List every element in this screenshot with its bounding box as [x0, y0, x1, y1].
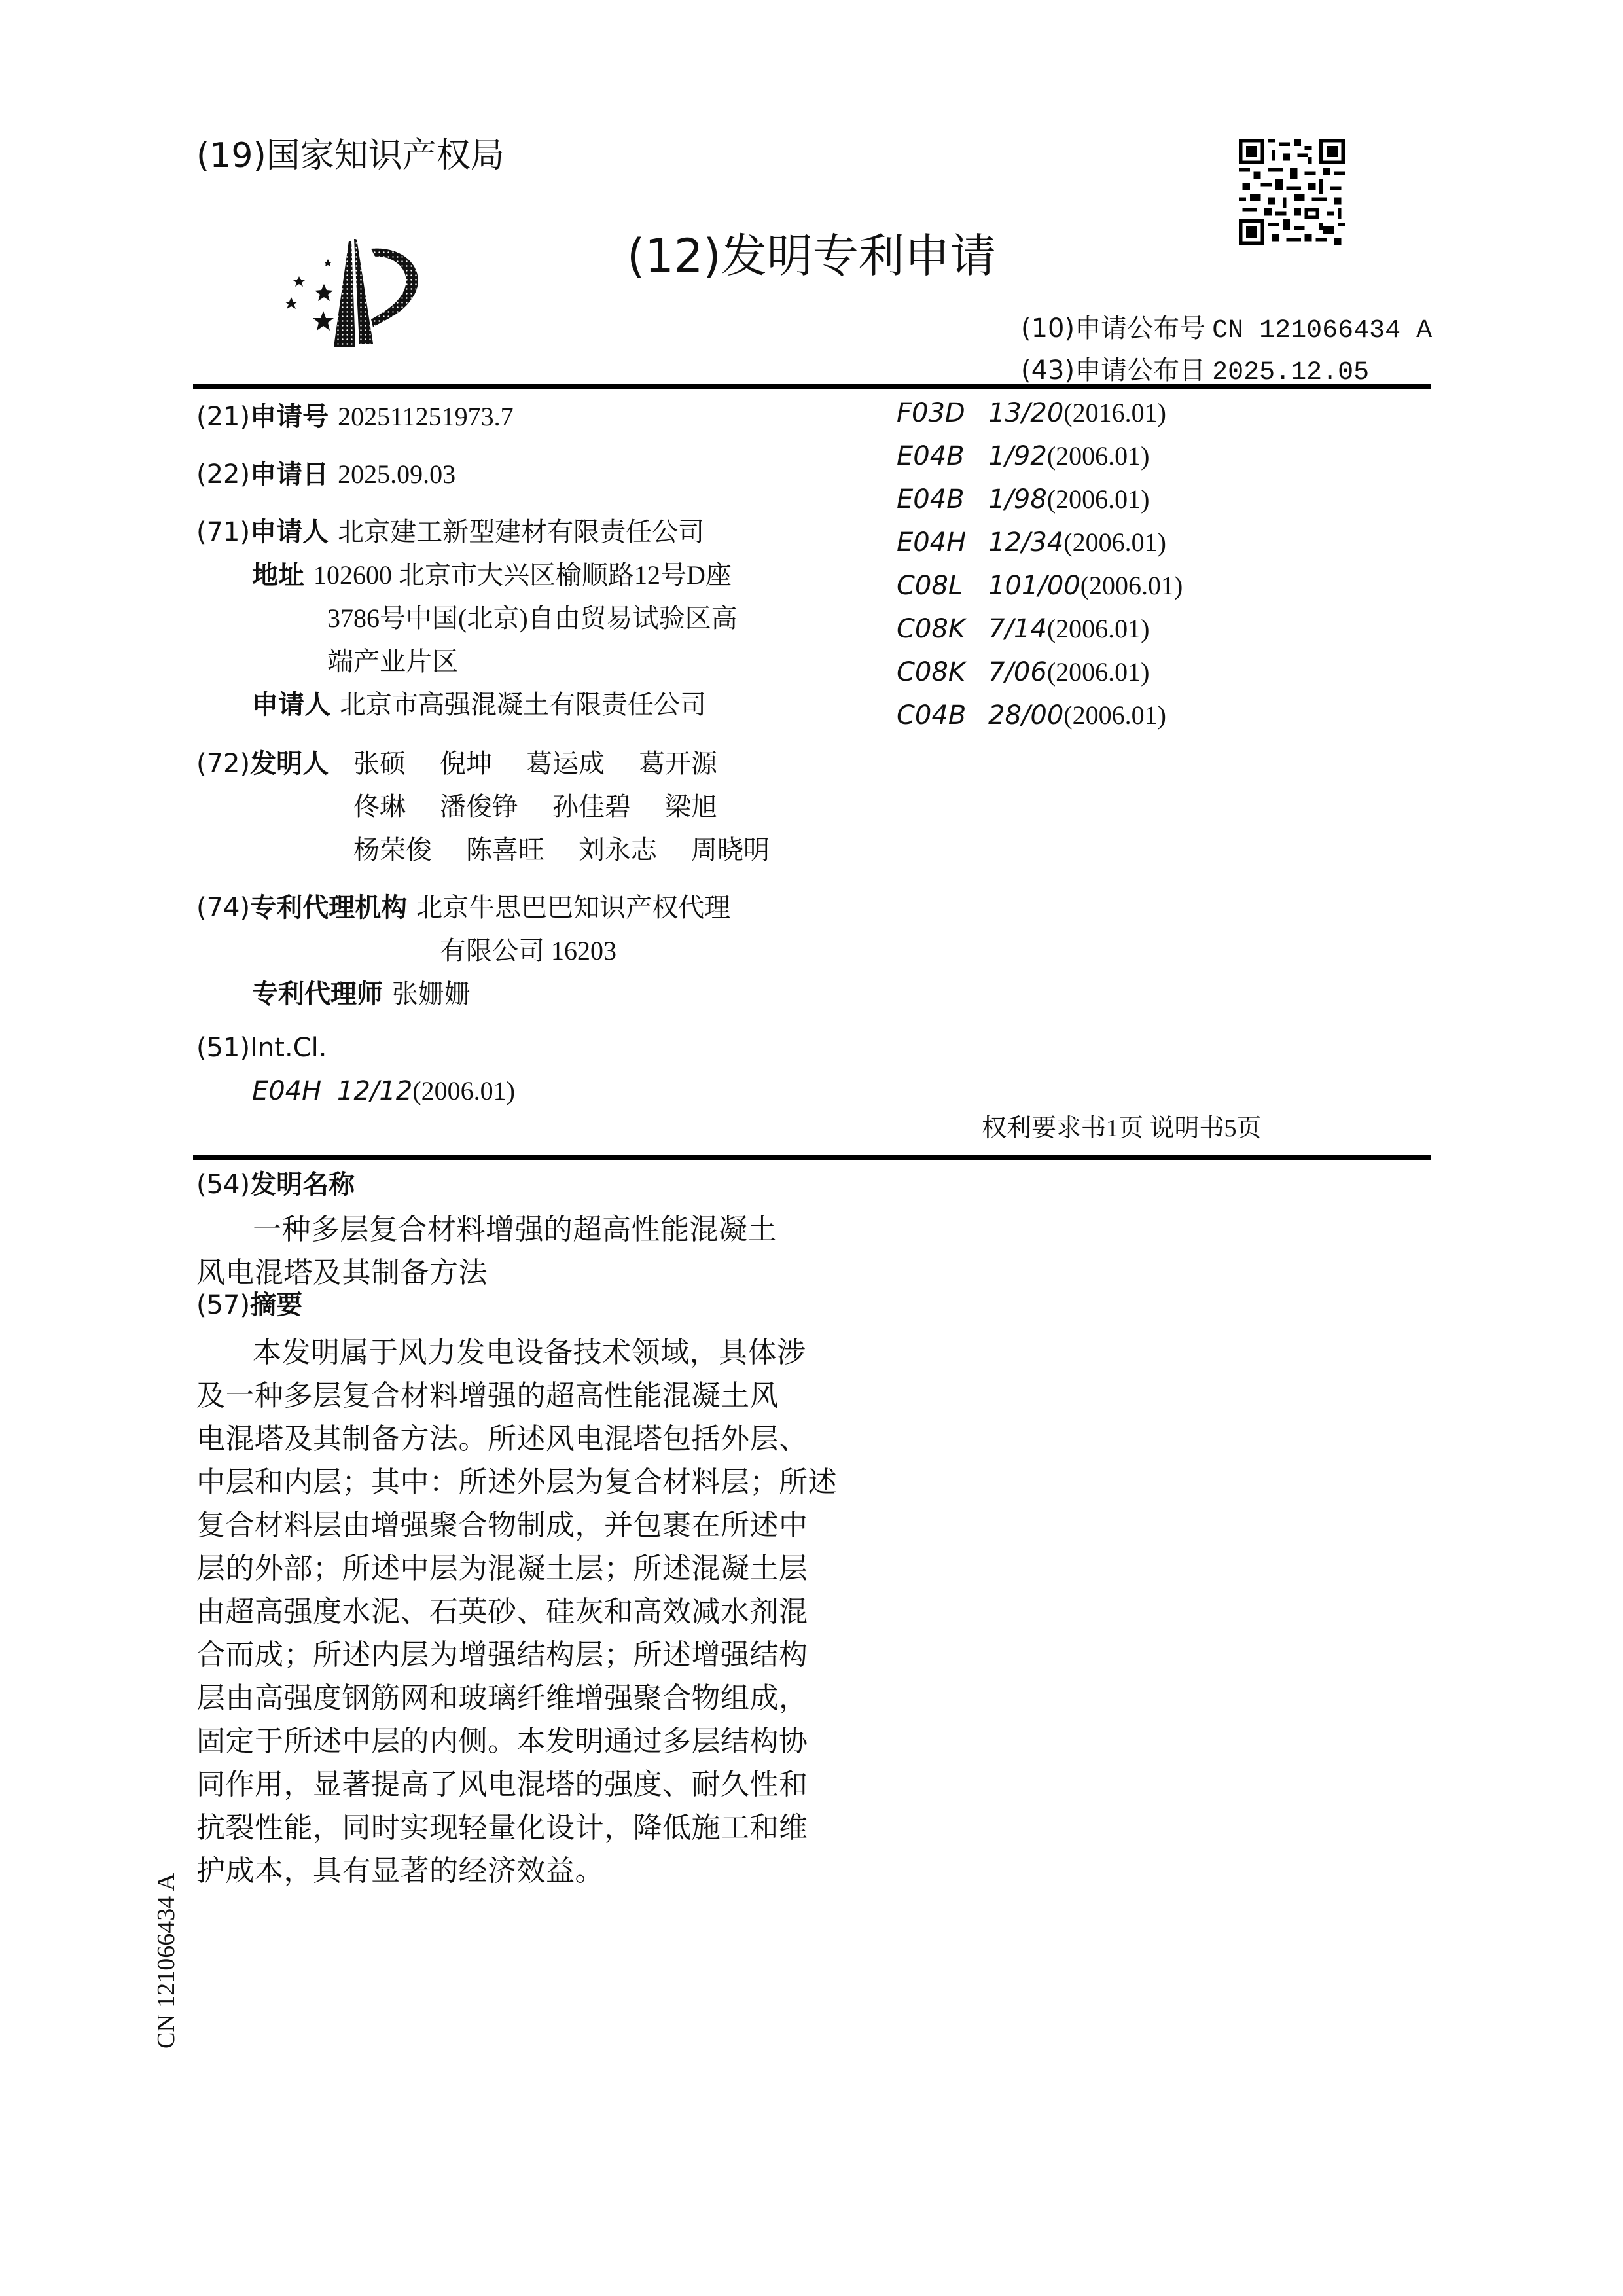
ipc-version: (2016.01)	[1063, 398, 1166, 427]
bottom-divider	[193, 1155, 1431, 1160]
abstract-heading: (57)摘要	[196, 1284, 302, 1321]
doc-type: 发明专利申请	[721, 229, 996, 283]
int-cl-row: (51)Int.Cl.	[196, 1032, 327, 1063]
field-code: (57)	[196, 1290, 250, 1320]
inventor-name: 佟琳	[353, 792, 406, 821]
ipc-group: 7/14	[988, 614, 1047, 644]
title-heading: (54)发明名称	[196, 1164, 355, 1201]
ipc-class: E04B	[897, 484, 988, 514]
ipc-primary: E04H12/12(2006.01)	[252, 1075, 515, 1106]
field-code: (74)	[196, 893, 250, 923]
ipc-secondary-item: C08L101/00(2006.01)	[897, 570, 1183, 601]
ipc-group: 12/34	[988, 528, 1063, 558]
inventor-name: 葛运成	[526, 749, 605, 778]
application-number-row: (21)申请号202511251973.7	[196, 396, 514, 433]
agent-row: 专利代理师张姗姗	[252, 973, 471, 1011]
ipc-secondary-item: C04B28/00(2006.01)	[897, 700, 1166, 730]
abstract-line: 中层和内层；其中：所述外层为复合材料层；所述	[196, 1458, 837, 1500]
applicant-row: (71)申请人北京建工新型建材有限责任公司	[196, 511, 704, 548]
publication-date-label: 申请公布日	[1075, 355, 1205, 386]
abstract-line: 抗裂性能，同时实现轻量化设计，降低施工和维	[196, 1804, 808, 1846]
agency-line-1: 北京牛思巴巴知识产权代理	[416, 893, 730, 922]
field-code: (71)	[196, 517, 250, 547]
field-label: 地址	[252, 560, 304, 590]
address-row: 地址102600 北京市大兴区榆顺路12号D座	[252, 554, 732, 592]
abstract-line: 层由高强度钢筋网和玻璃纤维增强聚合物组成，	[196, 1674, 808, 1716]
ipc-version: (2006.01)	[1047, 441, 1150, 471]
ipc-group: 101/00	[988, 571, 1080, 601]
agency-row: (74)专利代理机构北京牛思巴巴知识产权代理	[196, 887, 730, 924]
ipc-version: (2006.01)	[1063, 528, 1166, 557]
field-code: (72)	[196, 749, 250, 779]
ipc-class: C08K	[897, 657, 988, 687]
ipc-version: (2006.01)	[1063, 700, 1166, 730]
ipc-class: E04H	[252, 1076, 337, 1106]
ipc-group: 13/20	[988, 398, 1063, 428]
inventor-line-1: 张硕倪坤葛运成葛开源	[353, 743, 717, 780]
office-name: 国家知识产权局	[266, 136, 505, 175]
field-label: 发明人	[250, 749, 329, 779]
field-label: 申请人	[252, 690, 330, 720]
ipc-class: F03D	[897, 398, 988, 428]
page-counts: 权利要求书1页 说明书5页	[982, 1107, 1262, 1143]
address-line-3: 端产业片区	[327, 641, 458, 678]
top-divider	[193, 384, 1431, 389]
inventor-name: 倪坤	[440, 749, 492, 778]
inventor-name: 葛开源	[639, 749, 717, 778]
ipc-version: (2006.01)	[1047, 657, 1150, 687]
title-line-1: 一种多层复合材料增强的超高性能混凝土	[253, 1206, 777, 1247]
field-code: (22)	[196, 459, 250, 490]
inventor-name: 陈喜旺	[466, 835, 544, 865]
ipc-group: 7/06	[988, 657, 1047, 687]
abstract-line: 及一种多层复合材料增强的超高性能混凝土风	[196, 1372, 779, 1414]
ipc-class: C08L	[897, 571, 988, 601]
ipc-secondary-item: E04B1/92(2006.01)	[897, 440, 1149, 471]
publication-date: (43)申请公布日2025.12.05	[1021, 350, 1369, 387]
ipc-class: E04H	[897, 528, 988, 558]
ipc-secondary-item: F03D13/20(2016.01)	[897, 397, 1166, 428]
publication-number-value: CN 121066434 A	[1212, 316, 1432, 346]
application-date-value: 2025.09.03	[338, 459, 455, 489]
doc-type-code: (12)	[627, 229, 721, 283]
qr-code-icon	[1239, 139, 1345, 245]
address-line-1: 102600 北京市大兴区榆顺路12号D座	[313, 560, 732, 590]
field-label: Int.Cl.	[250, 1033, 327, 1063]
field-code: (54)	[196, 1170, 250, 1200]
ipc-group: 12/12	[337, 1076, 412, 1106]
ipc-version: (2006.01)	[412, 1076, 515, 1105]
field-label: 申请人	[250, 517, 329, 547]
field-code: (21)	[196, 402, 250, 432]
ipc-secondary-item: E04H12/34(2006.01)	[897, 527, 1166, 558]
abstract-line: 同作用，显著提高了风电混塔的强度、耐久性和	[196, 1761, 808, 1803]
inventor-line-2: 佟琳潘俊铮孙佳碧梁旭	[353, 786, 717, 823]
inventor-line-3: 杨荣俊陈喜旺刘永志周晓明	[353, 829, 770, 867]
abstract-line: 本发明属于风力发电设备技术领域，具体涉	[253, 1329, 806, 1371]
ipc-group: 1/98	[988, 484, 1047, 514]
ipc-class: C08K	[897, 614, 988, 644]
field-label: 专利代理师	[252, 979, 383, 1009]
publication-date-code: (43)	[1021, 355, 1075, 386]
inventor-name: 周晓明	[691, 835, 770, 865]
inventor-name: 张硕	[353, 749, 406, 778]
abstract-line: 由超高强度水泥、石英砂、硅灰和高效减水剂混	[196, 1588, 808, 1630]
ipc-version: (2006.01)	[1047, 614, 1150, 643]
field-code: (51)	[196, 1033, 250, 1063]
publication-number: (10)申请公布号CN 121066434 A	[1021, 308, 1432, 346]
ipc-group: 28/00	[988, 700, 1063, 730]
field-label: 申请号	[250, 402, 329, 432]
ipc-group: 1/92	[988, 441, 1047, 471]
field-label: 申请日	[250, 459, 329, 490]
agency-line-2: 有限公司 16203	[440, 930, 616, 967]
ipc-class: C04B	[897, 700, 988, 730]
field-label: 发明名称	[250, 1170, 355, 1200]
inventor-name: 潘俊铮	[440, 792, 518, 821]
ipc-secondary-item: C08K7/06(2006.01)	[897, 656, 1149, 687]
applicant-value: 北京建工新型建材有限责任公司	[338, 517, 704, 547]
agent-value: 张姗姗	[392, 979, 471, 1009]
inventor-name: 孙佳碧	[552, 792, 631, 821]
inventor-name: 梁旭	[665, 792, 717, 821]
abstract-line: 层的外部；所述中层为混凝土层；所述混凝土层	[196, 1545, 808, 1587]
application-number-value: 202511251973.7	[338, 402, 514, 431]
application-date-row: (22)申请日2025.09.03	[196, 454, 455, 491]
side-publication-number: CN 121066434 A	[152, 1873, 181, 2049]
office-code: (19)	[196, 136, 266, 175]
publication-number-code: (10)	[1021, 314, 1075, 344]
ipc-secondary-item: C08K7/14(2006.01)	[897, 613, 1149, 644]
cnipa-logo-icon	[272, 223, 422, 347]
ipc-version: (2006.01)	[1047, 484, 1150, 514]
inventor-name: 杨荣俊	[353, 835, 432, 865]
abstract-line: 电混塔及其制备方法。所述风电混塔包括外层、	[196, 1415, 808, 1457]
document-type-heading: (12)发明专利申请	[627, 219, 996, 285]
inventor-name: 刘永志	[579, 835, 657, 865]
office-heading: (19)国家知识产权局	[196, 128, 505, 177]
ipc-class: E04B	[897, 441, 988, 471]
applicant2-value: 北京市高强混凝土有限责任公司	[340, 690, 706, 719]
field-label: 摘要	[250, 1290, 302, 1320]
abstract-line: 复合材料层由增强聚合物制成，并包裹在所述中	[196, 1501, 808, 1543]
abstract-line: 合而成；所述内层为增强结构层；所述增强结构	[196, 1631, 808, 1673]
applicant2-row: 申请人北京市高强混凝土有限责任公司	[252, 684, 706, 721]
field-label: 专利代理机构	[250, 893, 407, 923]
abstract-line: 固定于所述中层的内侧。本发明通过多层结构协	[196, 1717, 808, 1759]
publication-date-value: 2025.12.05	[1212, 358, 1369, 387]
abstract-line: 护成本，具有显著的经济效益。	[196, 1847, 604, 1889]
ipc-version: (2006.01)	[1080, 571, 1183, 600]
publication-number-label: 申请公布号	[1075, 314, 1205, 344]
ipc-secondary-item: E04B1/98(2006.01)	[897, 484, 1149, 514]
inventors-row: (72)发明人	[196, 743, 329, 780]
address-line-2: 3786号中国(北京)自由贸易试验区高	[327, 598, 738, 635]
